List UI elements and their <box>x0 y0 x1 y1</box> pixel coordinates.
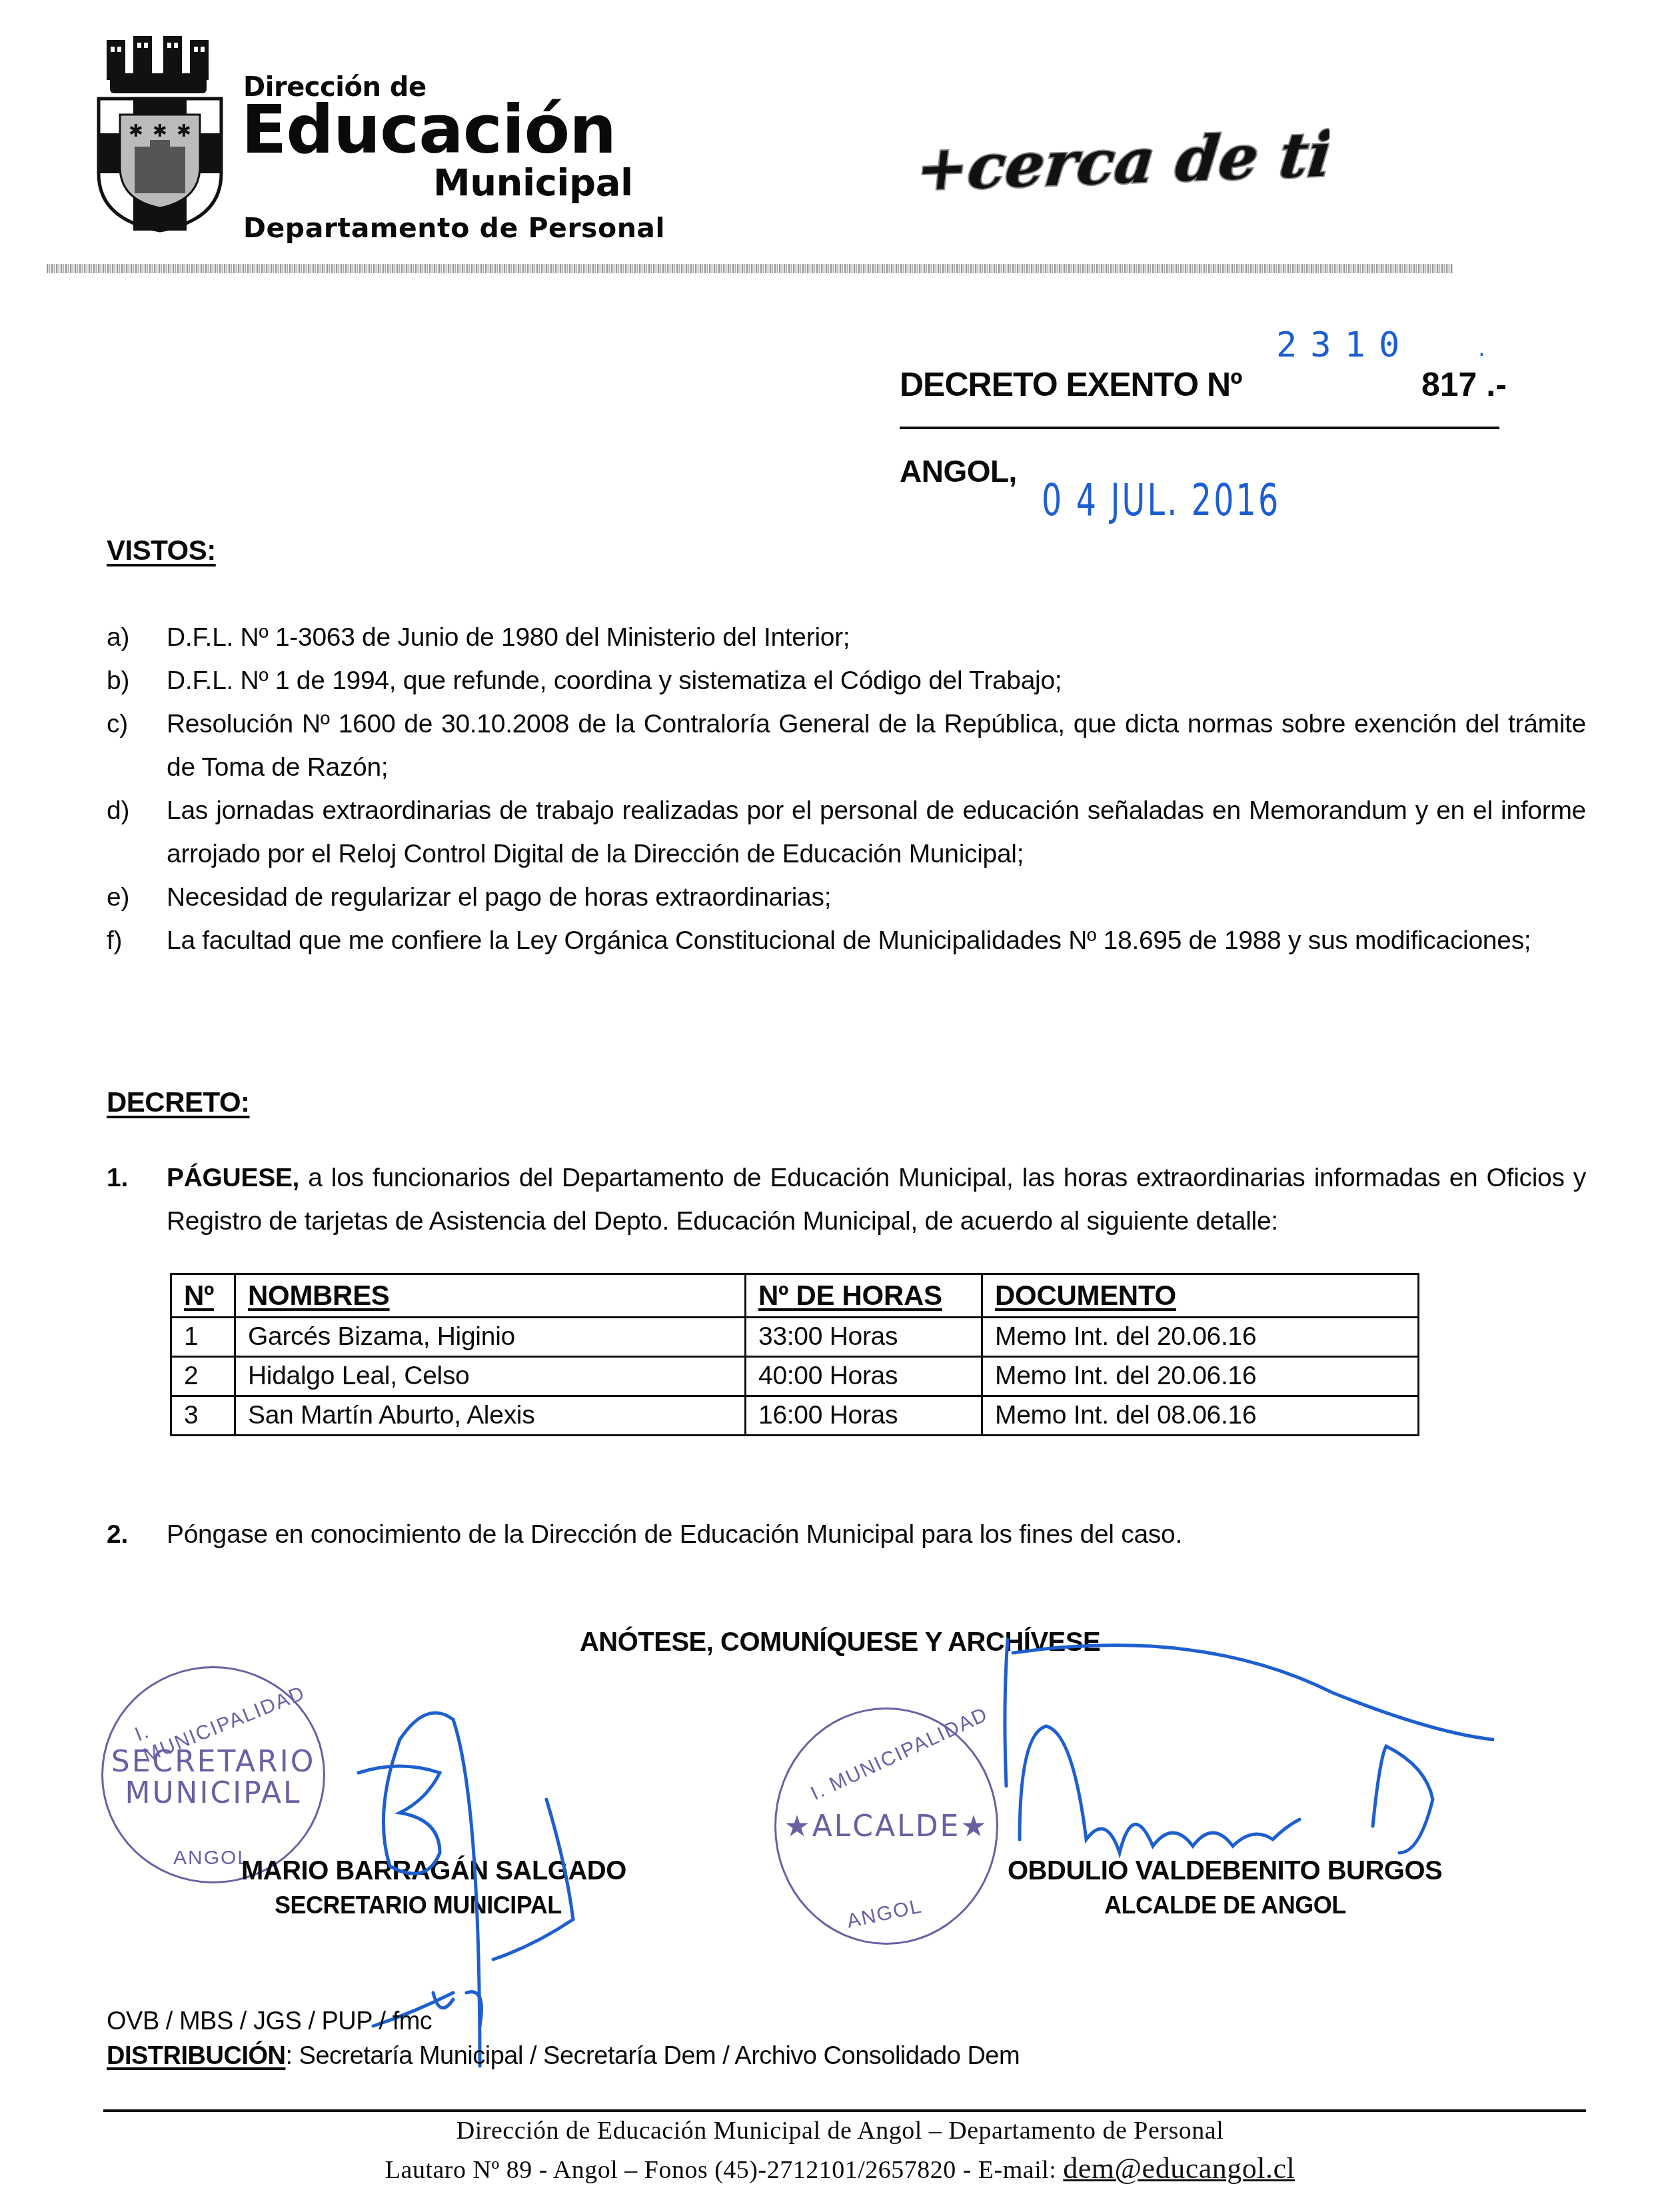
mayor-role: ALCALDE DE ANGOL <box>1104 1891 1346 1919</box>
cell-document: Memo Int. del 20.06.16 <box>982 1318 1419 1357</box>
vistos-item-d: d) Las jornadas extraordinarias de traba… <box>107 789 1586 876</box>
item-label: e) <box>107 876 129 919</box>
item-text: Necesidad de regularizar el pago de hora… <box>167 876 1586 919</box>
svg-text:✱: ✱ <box>177 121 191 141</box>
date-stamp: 0 4 JUL. 2016 <box>1042 475 1280 526</box>
decree-number-stamp: 2310 <box>1276 325 1413 365</box>
author-initials: OVB / MBS / JGS / PUP / fmc <box>107 2007 432 2036</box>
item-text: La facultad que me confiere la Ley Orgán… <box>167 919 1586 962</box>
distribution-line: DISTRIBUCIÓN: Secretaría Municipal / Sec… <box>107 2042 1020 2071</box>
decree-number: 817 .- <box>1421 365 1507 404</box>
item-text: PÁGUESE, a los funcionarios del Departam… <box>167 1156 1586 1243</box>
cell-name: Hidalgo Leal, Celso <box>235 1357 746 1396</box>
header-divider <box>47 264 1453 273</box>
vistos-item-c: c) Resolución Nº 1600 de 30.10.2008 de l… <box>107 702 1586 789</box>
cell-name: San Martín Aburto, Alexis <box>235 1396 746 1436</box>
footer-email-link[interactable]: dem@educangol.cl <box>1063 2152 1295 2185</box>
letterhead-line-municipal: Municipal <box>433 161 633 205</box>
vistos-item-a: a) D.F.L. Nº 1-3063 de Junio de 1980 del… <box>107 616 1586 659</box>
column-header-document: DOCUMENTO <box>982 1274 1419 1318</box>
footer-institution: Dirección de Educación Municipal de Ango… <box>0 2116 1680 2145</box>
item-label: 2. <box>107 1513 128 1556</box>
secretary-role: SECRETARIO MUNICIPAL <box>275 1891 562 1919</box>
item-label: d) <box>107 789 129 832</box>
footer-rule <box>103 2109 1586 2112</box>
city-label: ANGOL, <box>900 453 1017 489</box>
letterhead-line-departamento: Departamento de Personal <box>243 212 665 244</box>
mayor-seal: I. MUNICIPALIDAD ★ALCALDE★ ANGOL <box>774 1707 998 1945</box>
coat-of-arms-logo: ✱✱✱ <box>93 33 227 233</box>
item-bold-lead: PÁGUESE, <box>167 1164 299 1192</box>
decreto-item-1: 1. PÁGUESE, a los funcionarios del Depar… <box>107 1156 1586 1243</box>
item-text: Resolución Nº 1600 de 30.10.2008 de la C… <box>167 702 1586 789</box>
overtime-table: Nº NOMBRES Nº DE HORAS DOCUMENTO 1 Garcé… <box>170 1273 1419 1436</box>
item-label: 1. <box>107 1156 128 1200</box>
item-text: D.F.L. Nº 1-3063 de Junio de 1980 del Mi… <box>167 616 1586 659</box>
decree-title: DECRETO EXENTO Nº <box>900 365 1242 404</box>
closing-formula: ANÓTESE, COMUNÍQUESE Y ARCHÍVESE <box>0 1628 1680 1657</box>
cell-hours: 40:00 Horas <box>746 1357 982 1396</box>
item-label: b) <box>107 659 129 702</box>
section-heading-decreto: DECRETO: <box>107 1086 250 1118</box>
item-body: a los funcionarios del Departamento de E… <box>167 1164 1586 1236</box>
section-heading-vistos: VISTOS: <box>107 535 216 566</box>
svg-text:✱: ✱ <box>153 121 167 141</box>
distribution-label: DISTRIBUCIÓN <box>107 2042 285 2070</box>
cell-number: 2 <box>171 1357 235 1396</box>
item-text: Póngase en conocimiento de la Dirección … <box>167 1513 1586 1556</box>
mayor-name: OBDULIO VALDEBENITO BURGOS <box>1008 1856 1442 1886</box>
item-text: Las jornadas extraordinarias de trabajo … <box>167 789 1586 876</box>
seal-bottom-text: ANGOL <box>173 1847 250 1869</box>
seal-bottom-text: ANGOL <box>845 1895 925 1933</box>
column-header-number: Nº <box>171 1274 235 1318</box>
seal-mid-text-1: SECRETARIO <box>103 1745 323 1779</box>
secretary-name: MARIO BARRAGÁN SALGADO <box>241 1856 626 1886</box>
cell-document: Memo Int. del 20.06.16 <box>982 1357 1419 1396</box>
table-row: 1 Garcés Bizama, Higinio 33:00 Horas Mem… <box>171 1318 1419 1357</box>
cell-number: 1 <box>171 1318 235 1357</box>
item-label: c) <box>107 702 128 746</box>
vistos-item-e: e) Necesidad de regularizar el pago de h… <box>107 876 1586 919</box>
table-row: 3 San Martín Aburto, Alexis 16:00 Horas … <box>171 1396 1419 1436</box>
svg-text:+cerca de ti: +cerca de ti <box>916 123 1329 197</box>
item-label: f) <box>107 919 122 962</box>
cell-hours: 16:00 Horas <box>746 1396 982 1436</box>
table-row: 2 Hidalgo Leal, Celso 40:00 Horas Memo I… <box>171 1357 1419 1396</box>
table-header-row: Nº NOMBRES Nº DE HORAS DOCUMENTO <box>171 1274 1419 1318</box>
stamp-mark: . <box>1476 339 1487 361</box>
item-text: D.F.L. Nº 1 de 1994, que refunde, coordi… <box>167 659 1586 702</box>
secretary-seal: I. MUNICIPALIDAD SECRETARIO MUNICIPAL AN… <box>101 1666 325 1883</box>
cell-name: Garcés Bizama, Higinio <box>235 1318 746 1357</box>
distribution-text: : Secretaría Municipal / Secretaría Dem … <box>285 2042 1020 2070</box>
column-header-hours: Nº DE HORAS <box>746 1274 982 1318</box>
slogan-logo: +cerca de ti <box>916 123 1329 197</box>
item-label: a) <box>107 616 129 659</box>
cell-hours: 33:00 Horas <box>746 1318 982 1357</box>
letterhead-line-educacion: Educación <box>241 97 616 163</box>
seal-mid-text-2: MUNICIPAL <box>103 1776 323 1810</box>
seal-mid-text: ★ALCALDE★ <box>776 1809 996 1843</box>
footer-contact: Lautaro Nº 89 - Angol – Fonos (45)-27121… <box>0 2151 1680 2185</box>
svg-text:✱: ✱ <box>129 121 143 141</box>
decreto-item-2: 2. Póngase en conocimiento de la Direcci… <box>107 1513 1586 1556</box>
cell-document: Memo Int. del 08.06.16 <box>982 1396 1419 1436</box>
footer-address: Lautaro Nº 89 - Angol – Fonos (45)-27121… <box>385 2156 1064 2184</box>
vistos-item-b: b) D.F.L. Nº 1 de 1994, que refunde, coo… <box>107 659 1586 702</box>
cell-number: 3 <box>171 1396 235 1436</box>
seal-top-text: I. MUNICIPALIDAD <box>807 1703 992 1805</box>
column-header-names: NOMBRES <box>235 1274 746 1318</box>
decree-title-rule <box>900 427 1499 429</box>
vistos-item-f: f) La facultad que me confiere la Ley Or… <box>107 919 1586 962</box>
